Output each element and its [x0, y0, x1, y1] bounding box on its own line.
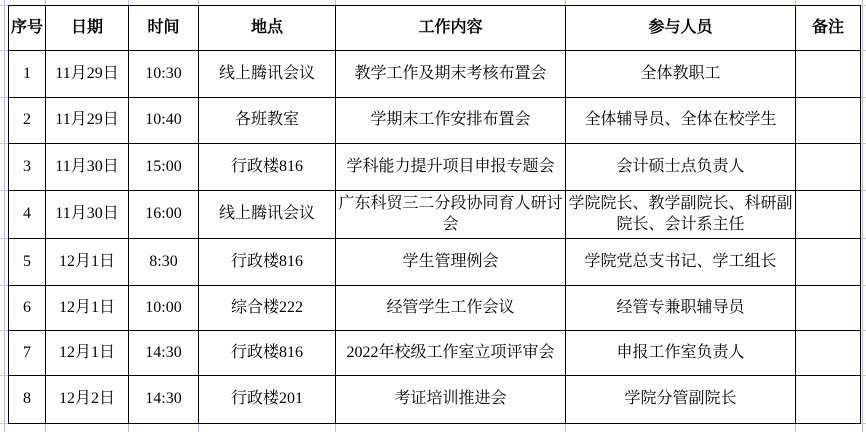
header-cell-date[interactable]: 日期: [46, 6, 129, 51]
header-cell-participants[interactable]: 参与人员: [566, 6, 796, 51]
table-cell[interactable]: 10:00: [129, 286, 199, 331]
table-row: 612月1日10:00综合楼222经管学生工作会议经管专兼职辅导员: [9, 286, 861, 331]
table-cell[interactable]: [796, 98, 861, 144]
table-cell[interactable]: 线上腾讯会议: [199, 191, 336, 239]
table-cell[interactable]: 5: [9, 239, 46, 286]
spreadsheet-canvas: { "table": { "headers": ["序号", "日期", "时间…: [0, 0, 866, 432]
table-cell[interactable]: 学科能力提升项目申报专题会: [336, 144, 566, 191]
table-cell[interactable]: 14:30: [129, 376, 199, 424]
table-cell[interactable]: 11月29日: [46, 51, 129, 98]
table-cell[interactable]: [796, 51, 861, 98]
table-cell[interactable]: [796, 286, 861, 331]
schedule-table: 序号 日期 时间 地点 工作内容 参与人员 备注 111月29日10:30线上腾…: [8, 5, 861, 424]
table-cell[interactable]: 3: [9, 144, 46, 191]
header-cell-remarks[interactable]: 备注: [796, 6, 861, 51]
table-cell[interactable]: 6: [9, 286, 46, 331]
table-row: 311月30日15:00行政楼816学科能力提升项目申报专题会会计硕士点负责人: [9, 144, 861, 191]
table-cell[interactable]: [796, 144, 861, 191]
table-cell[interactable]: 考证培训推进会: [336, 376, 566, 424]
table-cell[interactable]: 8:30: [129, 239, 199, 286]
table-cell[interactable]: 广东科贸三二分段协同育人研讨会: [336, 191, 566, 239]
table-cell[interactable]: 1: [9, 51, 46, 98]
table-cell[interactable]: 11月30日: [46, 191, 129, 239]
table-cell[interactable]: 11月30日: [46, 144, 129, 191]
sheet-gridline-vertical: [862, 0, 863, 432]
table-cell[interactable]: 12月1日: [46, 286, 129, 331]
table-body: 111月29日10:30线上腾讯会议教学工作及期末考核布置会全体教职工211月2…: [9, 51, 861, 424]
table-cell[interactable]: 全体辅导员、全体在校学生: [566, 98, 796, 144]
table-cell[interactable]: 各班教室: [199, 98, 336, 144]
table-cell[interactable]: 全体教职工: [566, 51, 796, 98]
table-cell[interactable]: 综合楼222: [199, 286, 336, 331]
table-cell[interactable]: 12月2日: [46, 376, 129, 424]
table-cell[interactable]: 学期末工作安排布置会: [336, 98, 566, 144]
header-cell-location[interactable]: 地点: [199, 6, 336, 51]
table-cell[interactable]: 7: [9, 331, 46, 376]
table-cell[interactable]: 线上腾讯会议: [199, 51, 336, 98]
header-row: 序号 日期 时间 地点 工作内容 参与人员 备注: [9, 6, 861, 51]
table-row: 712月1日14:30行政楼8162022年校级工作室立项评审会申报工作室负责人: [9, 331, 861, 376]
header-cell-index[interactable]: 序号: [9, 6, 46, 51]
table-cell[interactable]: 12月1日: [46, 239, 129, 286]
table-cell[interactable]: 10:30: [129, 51, 199, 98]
table-row: 411月30日16:00线上腾讯会议广东科贸三二分段协同育人研讨会学院院长、教学…: [9, 191, 861, 239]
table-cell[interactable]: 学生管理例会: [336, 239, 566, 286]
table-cell[interactable]: 经管专兼职辅导员: [566, 286, 796, 331]
table-cell[interactable]: [796, 331, 861, 376]
table-cell[interactable]: 申报工作室负责人: [566, 331, 796, 376]
table-row: 211月29日10:40各班教室学期末工作安排布置会全体辅导员、全体在校学生: [9, 98, 861, 144]
table-cell[interactable]: 12月1日: [46, 331, 129, 376]
table-cell[interactable]: 2: [9, 98, 46, 144]
table-cell[interactable]: 会计硕士点负责人: [566, 144, 796, 191]
table-cell[interactable]: 11月29日: [46, 98, 129, 144]
table-cell[interactable]: 经管学生工作会议: [336, 286, 566, 331]
header-cell-work-content[interactable]: 工作内容: [336, 6, 566, 51]
table-cell[interactable]: [796, 191, 861, 239]
table-cell[interactable]: 行政楼201: [199, 376, 336, 424]
table-cell[interactable]: 15:00: [129, 144, 199, 191]
table-cell[interactable]: 2022年校级工作室立项评审会: [336, 331, 566, 376]
table-cell[interactable]: 教学工作及期末考核布置会: [336, 51, 566, 98]
table-cell[interactable]: 行政楼816: [199, 331, 336, 376]
table-row: 512月1日8:30行政楼816学生管理例会学院党总支书记、学工组长: [9, 239, 861, 286]
table-cell[interactable]: [796, 376, 861, 424]
table-cell[interactable]: 4: [9, 191, 46, 239]
sheet-gridline-vertical: [4, 0, 5, 432]
table-cell[interactable]: [796, 239, 861, 286]
table-cell[interactable]: 16:00: [129, 191, 199, 239]
table-cell[interactable]: 10:40: [129, 98, 199, 144]
table-cell[interactable]: 学院分管副院长: [566, 376, 796, 424]
table-cell[interactable]: 行政楼816: [199, 239, 336, 286]
table-cell[interactable]: 学院党总支书记、学工组长: [566, 239, 796, 286]
table-cell[interactable]: 学院院长、教学副院长、科研副院长、会计系主任: [566, 191, 796, 239]
table-cell[interactable]: 行政楼816: [199, 144, 336, 191]
table-cell[interactable]: 14:30: [129, 331, 199, 376]
header-cell-time[interactable]: 时间: [129, 6, 199, 51]
table-row: 812月2日14:30行政楼201考证培训推进会学院分管副院长: [9, 376, 861, 424]
table-cell[interactable]: 8: [9, 376, 46, 424]
table-row: 111月29日10:30线上腾讯会议教学工作及期末考核布置会全体教职工: [9, 51, 861, 98]
